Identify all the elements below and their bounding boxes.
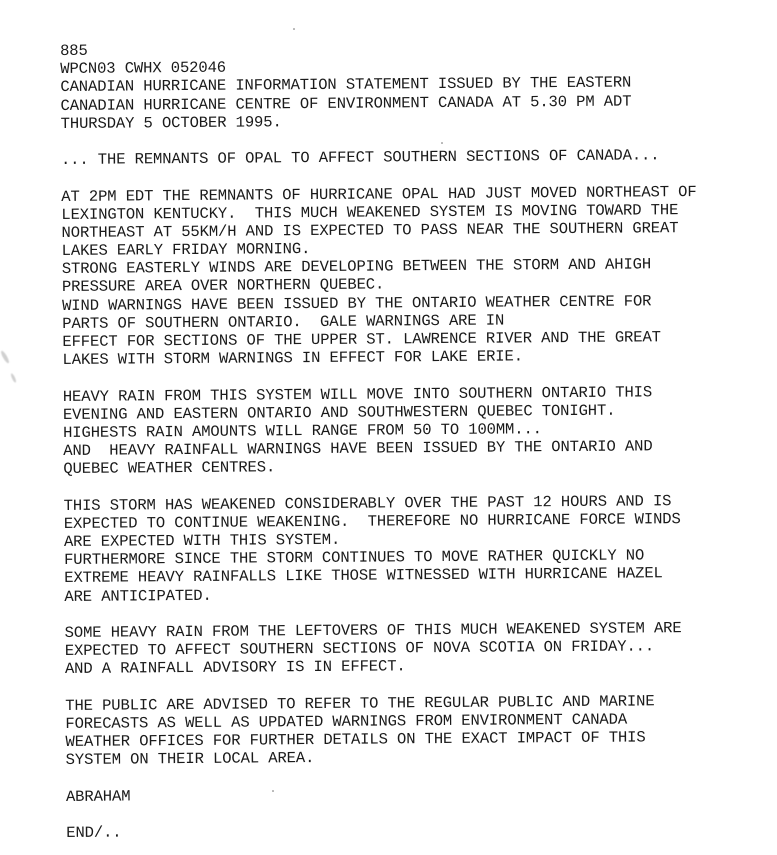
paragraph: SOME HEAVY RAIN FROM THE LEFTOVERS OF TH… bbox=[65, 618, 765, 678]
paragraph: THE PUBLIC ARE ADVISED TO REFER TO THE R… bbox=[65, 691, 766, 769]
scan-smudge bbox=[10, 373, 17, 383]
scan-smudge bbox=[0, 350, 10, 364]
paragraph: AT 2PM EDT THE REMNANTS OF HURRICANE OPA… bbox=[61, 182, 762, 369]
scanned-page: 885 WPCN03 CWHX 052046 CANADIAN HURRICAN… bbox=[0, 0, 777, 855]
bulletin-body: AT 2PM EDT THE REMNANTS OF HURRICANE OPA… bbox=[61, 182, 766, 788]
bulletin-document: 885 WPCN03 CWHX 052046 CANADIAN HURRICAN… bbox=[60, 37, 766, 843]
paragraph: THIS STORM HAS WEAKENED CONSIDERABLY OVE… bbox=[64, 491, 765, 606]
bulletin-title: CANADIAN HURRICANE INFORMATION STATEMENT… bbox=[60, 73, 760, 133]
scan-speck bbox=[293, 28, 295, 30]
paragraph: HEAVY RAIN FROM THIS SYSTEM WILL MOVE IN… bbox=[63, 382, 764, 478]
